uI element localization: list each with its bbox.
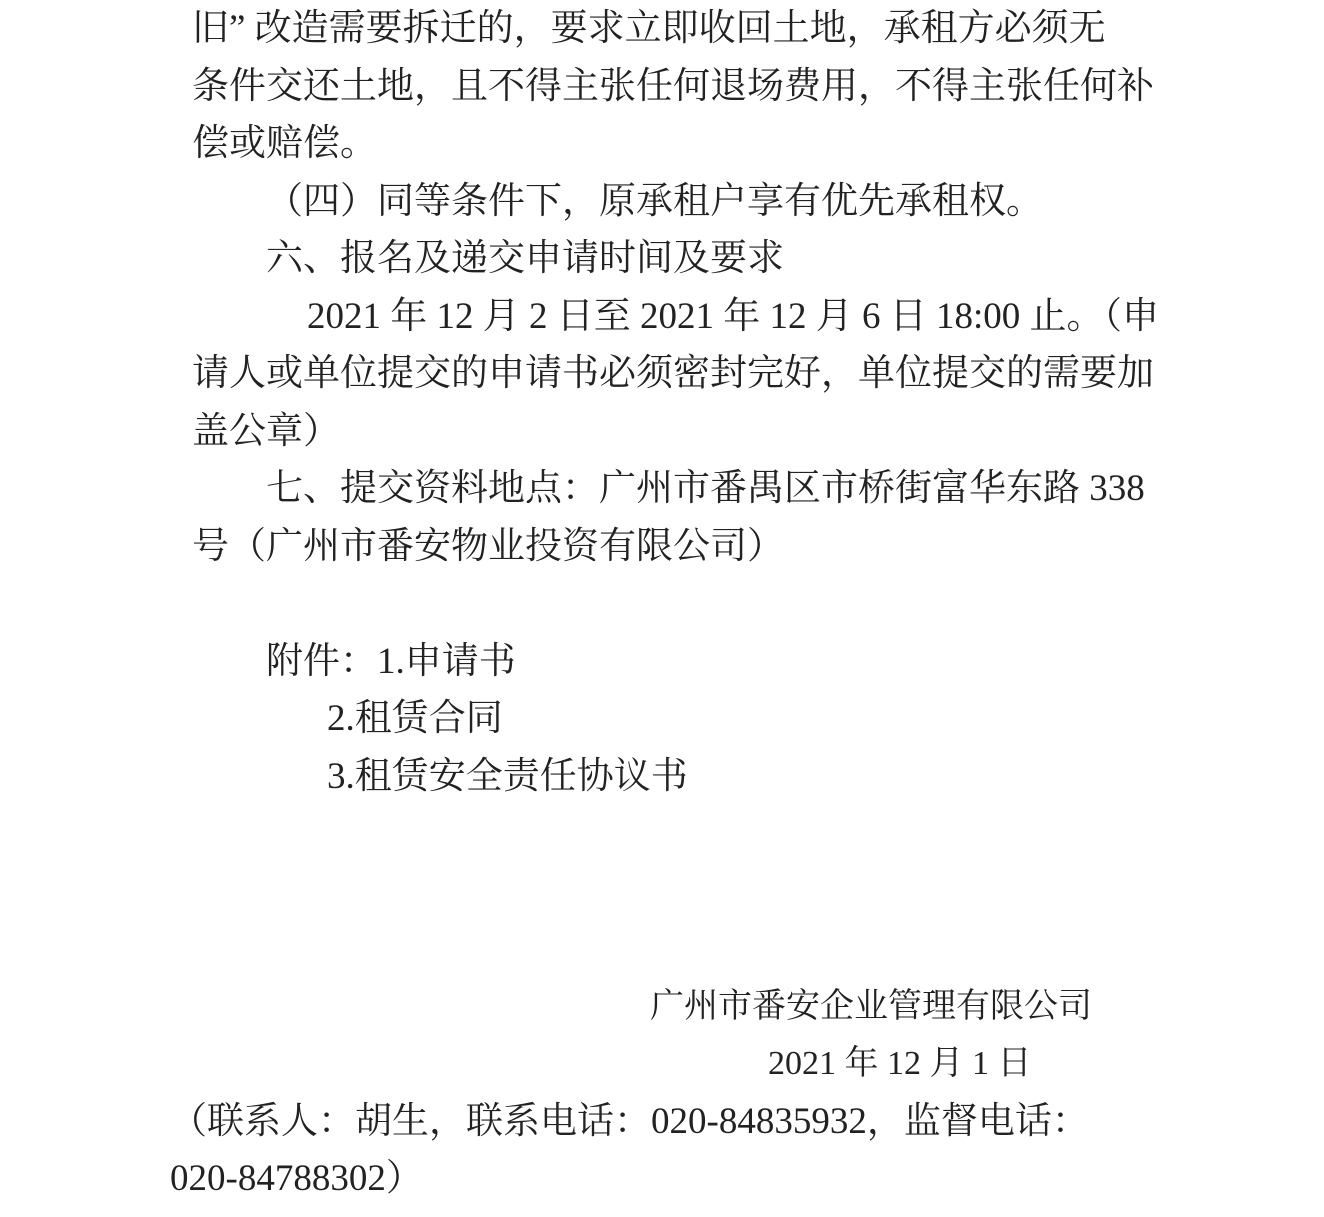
section-six-body-line: 请人或单位提交的申请书必须密封完好，单位提交的需要加 xyxy=(192,345,1252,403)
section-six-heading: 六、报名及递交申请时间及要求 xyxy=(192,230,1252,288)
attachment-item: 3.租赁安全责任协议书 xyxy=(192,748,1252,806)
blank-line xyxy=(192,805,1252,863)
document-content: 旧” 改造需要拆迁的，要求立即收回土地，承租方必须无 条件交还土地，且不得主张任… xyxy=(192,0,1252,1208)
contact-line: （联系人：胡生，联系电话：020-84835932，监督电话： xyxy=(170,1093,1252,1151)
section-six-body-line: 盖公章） xyxy=(192,403,1252,461)
blank-line xyxy=(192,863,1252,921)
signature-date: 2021 年 12 月 1 日 xyxy=(192,1035,1252,1093)
blank-line xyxy=(192,920,1252,978)
section-six-body-line: 2021 年 12 月 2 日至 2021 年 12 月 6 日 18:00 止… xyxy=(192,288,1252,346)
section-seven-continuation: 号（广州市番安物业投资有限公司） xyxy=(192,518,1252,576)
section-seven-heading: 七、提交资料地点：广州市番禺区市桥街富华东路 338 xyxy=(192,460,1252,518)
document-page: 旧” 改造需要拆迁的，要求立即收回土地，承租方必须无 条件交还土地，且不得主张任… xyxy=(0,0,1324,1217)
signature-company: 广州市番安企业管理有限公司 xyxy=(192,978,1252,1036)
clause-continuation-line: 条件交还土地，且不得主张任何退场费用，不得主张任何补 xyxy=(192,58,1252,116)
attachments-heading: 附件：1.申请书 xyxy=(192,633,1252,691)
attachment-item: 2.租赁合同 xyxy=(192,690,1252,748)
contact-line: 020-84788302） xyxy=(170,1150,1252,1208)
item-four-line: （四）同等条件下，原承租户享有优先承租权。 xyxy=(192,173,1252,231)
blank-line xyxy=(192,575,1252,633)
clause-continuation-line: 偿或赔偿。 xyxy=(192,115,1252,173)
clause-continuation-line: 旧” 改造需要拆迁的，要求立即收回土地，承租方必须无 xyxy=(192,0,1252,58)
